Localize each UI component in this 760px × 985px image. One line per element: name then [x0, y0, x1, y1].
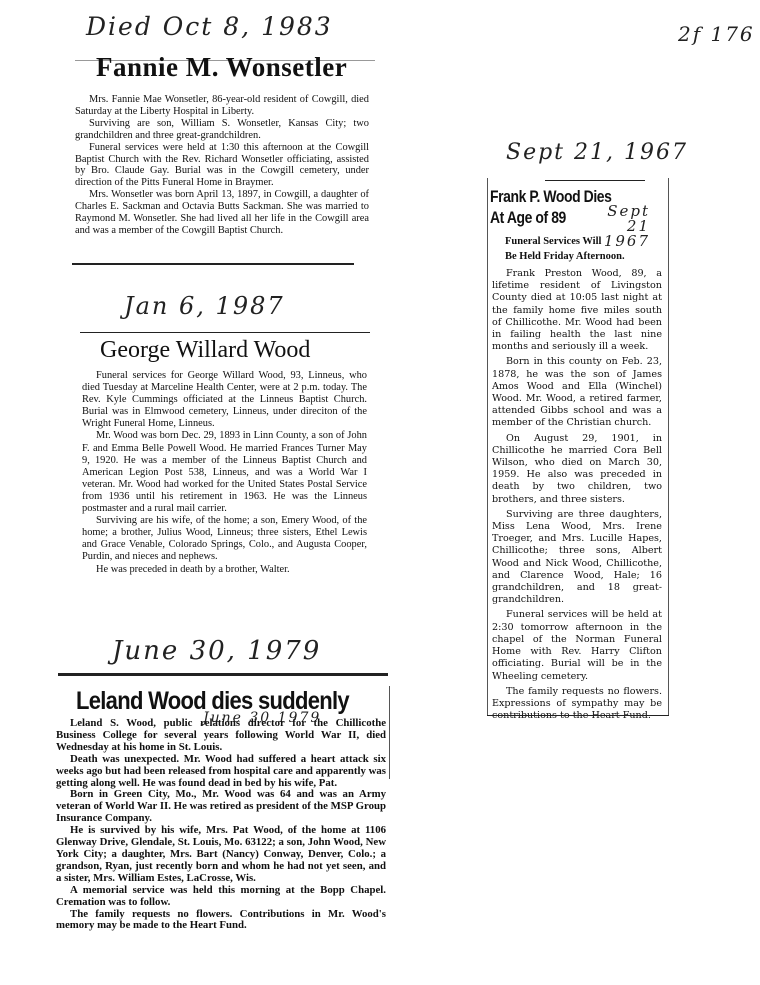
headline: George Willard Wood	[100, 337, 310, 364]
paragraph: Leland S. Wood, public relations directo…	[56, 718, 386, 754]
handwritten-date: June 30, 1979	[112, 636, 321, 666]
paragraph: Surviving are his wife, of the home; a s…	[82, 515, 367, 563]
paragraph: Mr. Wood was born Dec. 29, 1893 in Linn …	[82, 430, 367, 515]
paragraph: Funeral services for George Willard Wood…	[82, 370, 367, 430]
page-annotation: 2f 176	[678, 22, 755, 46]
paragraph: Born in Green City, Mo., Mr. Wood was 64…	[56, 789, 386, 825]
paragraph: Surviving are three daughters, Miss Lena…	[492, 509, 662, 607]
paragraph: Funeral services will be held at 2:30 to…	[492, 609, 662, 682]
divider	[72, 263, 354, 265]
wavy-divider	[58, 673, 388, 676]
paragraph: A memorial service was held this morning…	[56, 885, 386, 909]
paragraph: Death was unexpected. Mr. Wood had suffe…	[56, 754, 386, 790]
subheadline: Funeral Services Will Be Held Friday Aft…	[505, 234, 625, 264]
article-body: Funeral services for George Willard Wood…	[82, 370, 367, 576]
paragraph: Funeral services were held at 1:30 this …	[75, 142, 369, 190]
divider	[487, 715, 669, 716]
paragraph: Surviving are son, William S. Wonsetler,…	[75, 118, 369, 142]
paragraph: The family requests no flowers. Contribu…	[56, 909, 386, 933]
paragraph: Born in this county on Feb. 23, 1878, he…	[492, 356, 662, 429]
headline: Fannie M. Wonsetler	[96, 52, 347, 83]
subheadline-line: Be Held Friday Afternoon.	[505, 249, 625, 264]
paragraph: He is survived by his wife, Mrs. Pat Woo…	[56, 825, 386, 885]
handwritten-date: Jan 6, 1987	[124, 292, 285, 320]
subheadline-line: Funeral Services Will	[505, 234, 625, 249]
paragraph: Frank Preston Wood, 89, a lifetime resid…	[492, 268, 662, 353]
paragraph: The family requests no flowers. Expressi…	[492, 686, 662, 723]
paragraph: On August 29, 1901, in Chillicothe he ma…	[492, 433, 662, 506]
article-body: Mrs. Fannie Mae Wonsetler, 86-year-old r…	[75, 94, 369, 237]
handwritten-date: Died Oct 8, 1983	[86, 12, 333, 41]
article-body: Leland S. Wood, public relations directo…	[56, 718, 386, 932]
article-body: Frank Preston Wood, 89, a lifetime resid…	[492, 268, 662, 725]
paragraph: Mrs. Wonsetler was born April 13, 1897, …	[75, 189, 369, 237]
paragraph: Mrs. Fannie Mae Wonsetler, 86-year-old r…	[75, 94, 369, 118]
handwritten-date: Sept 21, 1967	[506, 140, 688, 165]
paragraph: He was preceded in death by a brother, W…	[82, 564, 367, 576]
divider	[80, 332, 370, 333]
